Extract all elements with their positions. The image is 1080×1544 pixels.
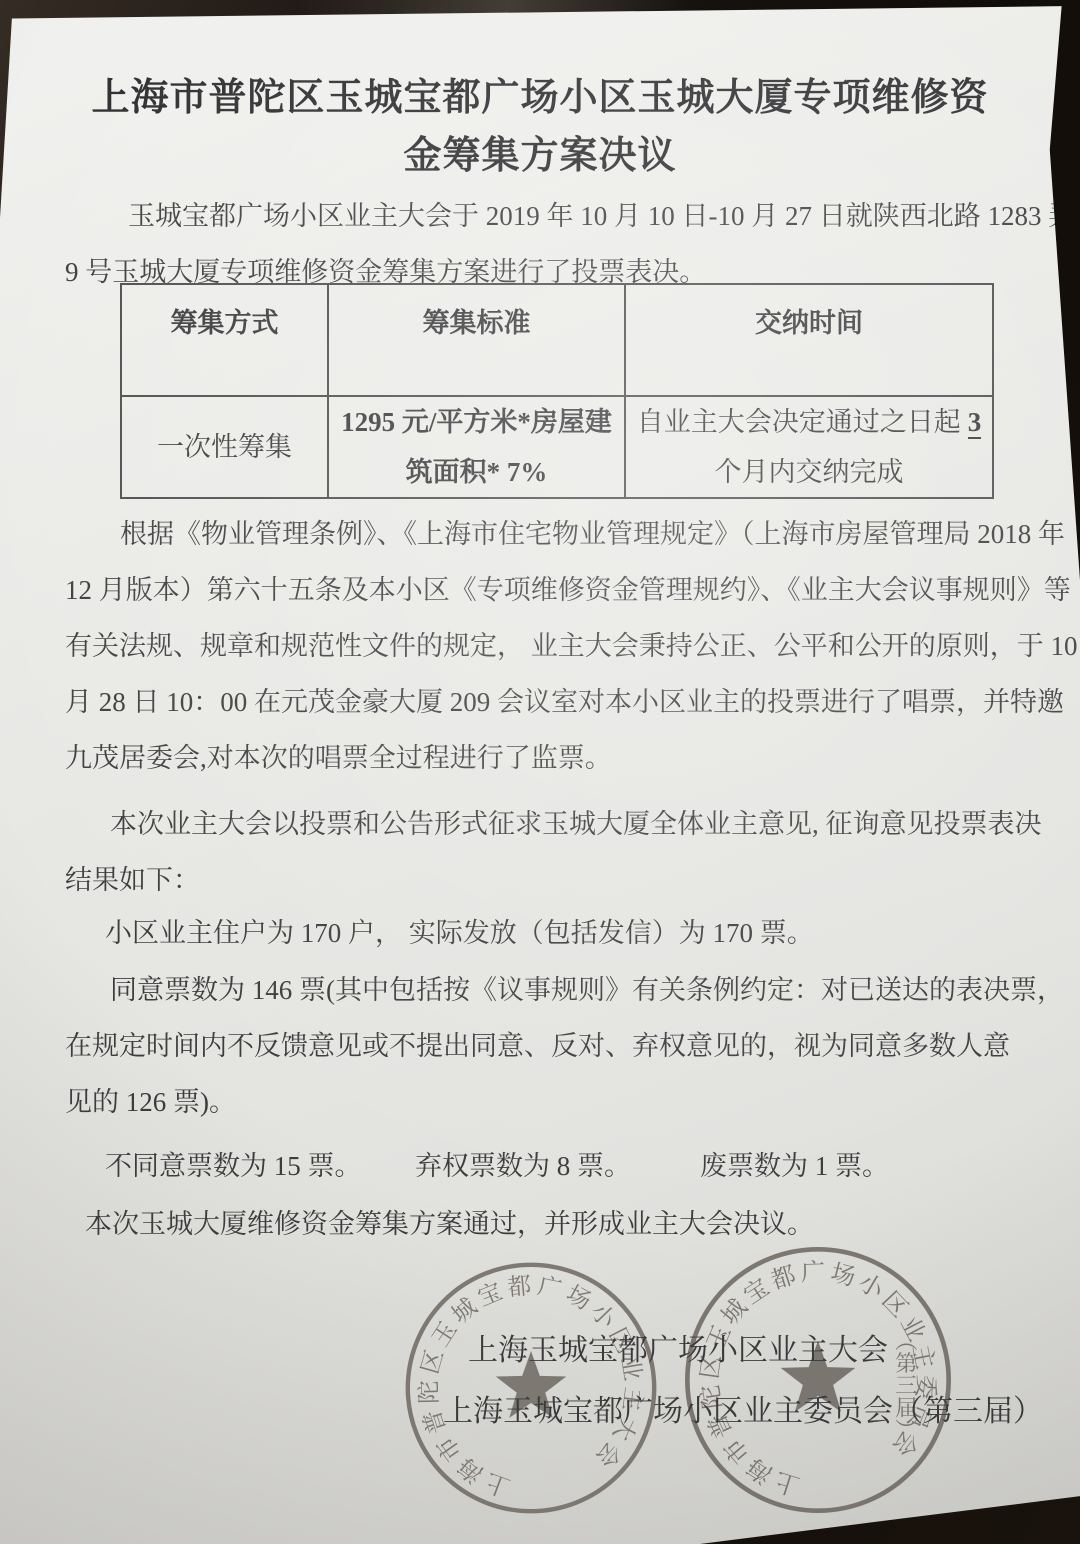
agree-paragraph: 同意票数为 146 票(其中包括按《议事规则》有关条例约定：对已送达的表决票， … <box>65 962 1040 1130</box>
basis-line-2: 12 月版本）第六十五条及本小区《专项维修资金管理规约》、《业主大会议事规则》等 <box>65 562 1040 618</box>
agree-line-2: 在规定时间内不反馈意见或不提出同意、反对、弃权意见的，视为同意多数人意 <box>65 1018 1040 1074</box>
agree-line-1: 同意票数为 146 票(其中包括按《议事规则》有关条例约定：对已送达的表决票， <box>65 962 1040 1018</box>
fund-table-header-row: 筹集方式 筹集标准 交纳时间 <box>121 284 993 396</box>
agree-line-3: 见的 126 票)。 <box>65 1074 1040 1130</box>
fund-table: 筹集方式 筹集标准 交纳时间 一次性筹集 1295 元/平方米*房屋建 筑面积*… <box>120 283 994 499</box>
header-deadline: 交纳时间 <box>625 284 993 396</box>
document-title: 上海市普陀区玉城宝都广场小区玉城大厦专项维修资 金筹集方案决议 <box>0 70 1080 186</box>
disagree-count: 不同意票数为 15 票。 <box>105 1138 415 1194</box>
cell-method: 一次性筹集 <box>121 396 328 498</box>
title-line-1: 上海市普陀区玉城宝都广场小区玉城大厦专项维修资 <box>0 70 1080 128</box>
intro-line-1: 玉城宝都广场小区业主大会于 2019 年 10 月 10 日-10 月 27 日… <box>65 188 1025 244</box>
title-line-2: 金筹集方案决议 <box>0 128 1080 186</box>
basis-line-5: 九茂居委会,对本次的唱票全过程进行了监票。 <box>65 730 1040 786</box>
header-method: 筹集方式 <box>121 284 328 396</box>
basis-line-3: 有关法规、规章和规范性文件的规定， 业主大会秉持公正、公平和公开的原则，于 10 <box>65 618 1040 674</box>
basis-line-4: 月 28 日 10：00 在元茂金豪大厦 209 会议室对本小区业主的投票进行了… <box>65 674 1040 730</box>
basis-line-1: 根据《物业管理条例》、《上海市住宅物业管理规定》（上海市房屋管理局 2018 年 <box>65 506 1040 562</box>
document-page: 上海市普陀区玉城宝都广场小区玉城大厦专项维修资 金筹集方案决议 玉城宝都广场小区… <box>0 0 1080 1544</box>
process-line-2: 结果如下： <box>65 852 1025 908</box>
deadline-line-1: 自业主大会决定通过之日起3 <box>626 397 992 447</box>
households-line: 小区业主住户为 170 户， 实际发放（包括发信）为 170 票。 <box>105 905 814 961</box>
process-line-1: 本次业主大会以投票和公告形式征求玉城大厦全体业主意见, 征询意见投票表决 <box>65 796 1025 852</box>
cell-deadline: 自业主大会决定通过之日起3 个月内交纳完成 <box>625 396 993 498</box>
fund-table-data-row: 一次性筹集 1295 元/平方米*房屋建 筑面积* 7% 自业主大会决定通过之日… <box>121 396 993 498</box>
votes-line: 不同意票数为 15 票。 弃权票数为 8 票。 废票数为 1 票。 <box>105 1138 1035 1194</box>
header-standard: 筹集标准 <box>328 284 625 396</box>
standard-line-1: 1295 元/平方米*房屋建 <box>329 397 624 447</box>
signature-committee: 上海玉城宝都广场小区业主委员会（第三届） <box>443 1386 1043 1430</box>
signature-assembly: 上海玉城宝都广场小区业主大会 <box>468 1325 888 1369</box>
abstain-count: 弃权票数为 8 票。 <box>415 1138 700 1194</box>
owners-committee-stamp: 上海市普陀区玉城宝都广场小区业主委员会 （第三届） <box>678 1240 958 1520</box>
deadline-line-2: 个月内交纳完成 <box>626 447 992 497</box>
process-paragraph: 本次业主大会以投票和公告形式征求玉城大厦全体业主意见, 征询意见投票表决 结果如… <box>65 796 1025 908</box>
photo-canvas: 上海市普陀区玉城宝都广场小区玉城大厦专项维修资 金筹集方案决议 玉城宝都广场小区… <box>0 0 1080 1544</box>
invalid-count: 废票数为 1 票。 <box>700 1138 889 1194</box>
standard-line-2: 筑面积* 7% <box>329 447 624 497</box>
deadline-text: 自业主大会决定通过之日起 <box>637 407 961 437</box>
deadline-months-underlined: 3 <box>968 407 982 439</box>
cell-standard: 1295 元/平方米*房屋建 筑面积* 7% <box>328 396 625 498</box>
basis-paragraph: 根据《物业管理条例》、《上海市住宅物业管理规定》（上海市房屋管理局 2018 年… <box>65 506 1040 786</box>
